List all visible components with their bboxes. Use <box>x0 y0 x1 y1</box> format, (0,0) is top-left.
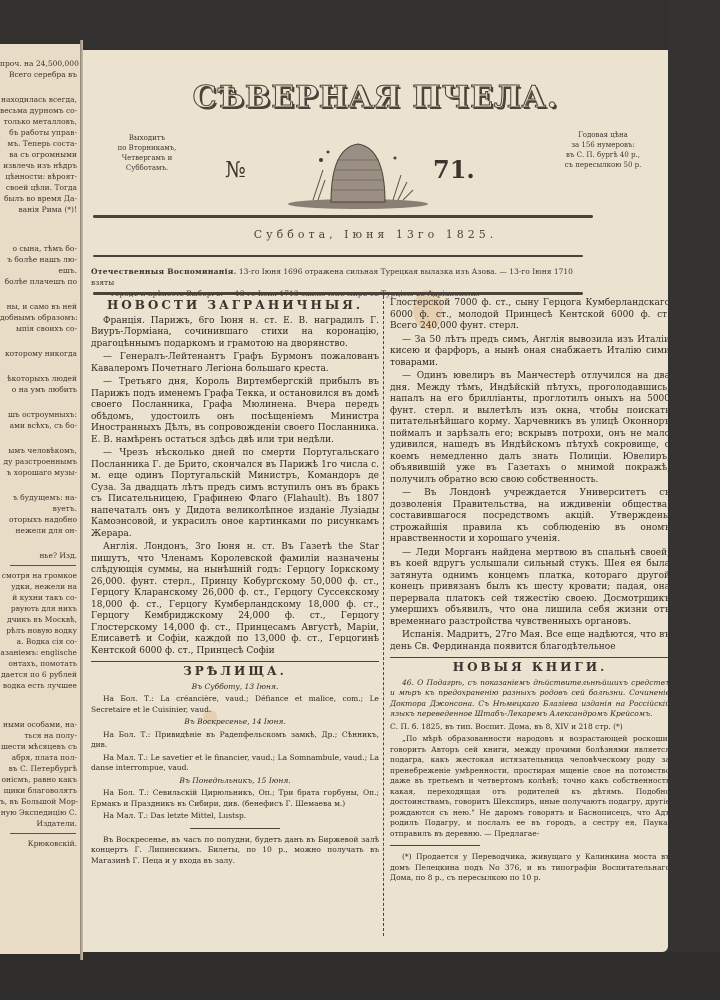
previous-page-line: абря, плата пол- <box>0 752 80 763</box>
previous-page-fragment: проч. на 24,500,000Всего серебра вънаход… <box>0 44 81 954</box>
scan-background-bottom <box>0 952 720 1000</box>
previous-page-line: ѣкоторыхъ людей <box>0 373 80 384</box>
previous-page-line: мъ. Теперь соста- <box>0 138 80 149</box>
notice-rule <box>190 828 280 829</box>
number-sign: № <box>225 158 246 183</box>
previous-page-line: шести мѣсяцевъ съ <box>0 741 80 752</box>
schedule-line: Субботамъ. <box>97 163 197 173</box>
schedule-line: Выходитъ <box>97 133 197 143</box>
previous-page-line: ыпія своихъ со- <box>0 323 80 334</box>
previous-page-line: ду разстроеннымъ <box>0 456 80 467</box>
masthead: СѢВЕРНАЯ ПЧЕЛА. <box>83 80 668 115</box>
new-books-heading: НОВЫЯ КНИГИ. <box>390 662 668 674</box>
previous-page-line: добнымъ образомъ: <box>0 312 80 323</box>
price-line: съ пересылкою 50 р. <box>543 160 663 170</box>
previous-page-rule <box>10 833 76 834</box>
news-paragraph: — Генералъ-Лейтенантъ Графъ Бурмонъ пожа… <box>91 352 379 375</box>
section-rule <box>93 292 583 295</box>
schedule-line: Четвергамъ и <box>97 153 197 163</box>
theatre-heading: ЗРѢЛИЩА. <box>91 666 379 678</box>
previous-page-line: проч. на 24,500,000 <box>0 58 80 69</box>
previous-page-line: рвують для нихъ <box>0 603 80 614</box>
previous-page-line <box>0 691 80 705</box>
previous-page-line: дчикъ въ Москвѣ, <box>0 614 80 625</box>
subscription-price: Годовая цѣна за 156 нумеровъ: въ С. П. б… <box>543 130 663 170</box>
previous-page-line: ешъ. <box>0 265 80 276</box>
previous-page-line: вуетъ. <box>0 503 80 514</box>
dateline-rule <box>93 255 583 257</box>
book-footnote: (*) Продается у Переводчика, живущаго у … <box>390 852 668 884</box>
book-imprint: С. П. б. 1825, въ тип. Воспит. Дома, въ … <box>390 722 668 733</box>
previous-page-line: въ С. Петербургѣ <box>0 763 80 774</box>
footnote-rule <box>390 845 480 846</box>
news-paragraph: Франція. Парижъ, 6го Іюня н. ст. Е. В. н… <box>91 316 379 351</box>
previous-page-line: онісмъ, равно какъ <box>0 774 80 785</box>
schedule-line: по Вторникамъ, <box>97 143 197 153</box>
dateline: Суббота, Іюня 13го 1825. <box>83 228 668 241</box>
price-line: за 156 нумеровъ: <box>543 140 663 150</box>
masthead-rule <box>93 215 593 218</box>
previous-page-line: нежели для он- <box>0 525 80 536</box>
previous-page-line: щики благоволятъ <box>0 785 80 796</box>
previous-page-line: а. Водка сія со- <box>0 636 80 647</box>
section-rule <box>91 661 379 662</box>
theatre-listings: Въ Субботу, 13 Іюня. На Бол. Т.: La créa… <box>91 682 379 867</box>
previous-page-line <box>0 215 80 229</box>
previous-page-line: болѣе плачешъ по <box>0 276 80 287</box>
right-column: Глостерской 7000 ф. ст., сыну Герцога Ку… <box>390 298 668 886</box>
previous-page-line <box>0 334 80 348</box>
theatre-entry: На Бол. Т.: Привидѣніе въ Радепфельскомъ… <box>91 730 379 751</box>
previous-page-line: рѣлъ новую водку <box>0 625 80 636</box>
previous-page-line: смотря на громкое <box>0 570 80 581</box>
previous-page-line <box>0 80 80 94</box>
previous-page-line <box>0 478 80 492</box>
previous-page-line: ва съ огромными <box>0 149 80 160</box>
theatre-entry: На Бол. Т.: La créancière, vaud.; Défian… <box>91 694 379 715</box>
previous-page-line: находилась всегда, <box>0 94 80 105</box>
publication-schedule: Выходитъ по Вторникамъ, Четвергамъ и Суб… <box>97 133 197 173</box>
previous-page-line: извлечь изъ нѣдръ <box>0 160 80 171</box>
previous-page-line: ъ болѣе нашъ лю- <box>0 254 80 265</box>
previous-page-line: ъ, въ Большой Мор- <box>0 796 80 807</box>
theatre-entry: На Бол. Т.: Севильскій Цирюльникъ, Оп.; … <box>91 788 379 809</box>
news-paragraph: — Третьяго дня, Король Виртембергскій пр… <box>91 377 379 446</box>
theatre-day: Въ Воскресенье, 14 Іюня. <box>91 717 379 728</box>
previous-page-line: ны, и само въ ней <box>0 301 80 312</box>
section-rule <box>390 657 668 658</box>
previous-page-line: ами всѣхъ, съ бо- <box>0 420 80 431</box>
concert-notice: Въ Воскресенье, въ часъ по полудни, буде… <box>91 835 379 867</box>
memories-label: Отечественныя Воспоминанія. <box>91 267 236 276</box>
previous-page-line <box>0 705 80 719</box>
left-column: НОВОСТИ ЗАГРАНИЧНЫЯ. Франція. Парижъ, 6г… <box>91 298 379 868</box>
previous-page-line: Издатели. <box>0 818 80 829</box>
previous-page-line: ымъ человѣкомъ, <box>0 445 80 456</box>
previous-page-line <box>0 536 80 550</box>
previous-page-line: ъ хорошаго музы- <box>0 467 80 478</box>
previous-page-line <box>0 287 80 301</box>
previous-page-line: о сына, тѣмъ бо- <box>0 243 80 254</box>
previous-page-line: й кухни такъ со- <box>0 592 80 603</box>
scan-background-right <box>668 0 720 1000</box>
previous-page-line: ванія Рима (*)! <box>0 204 80 215</box>
news-paragraph: Испанія. Мадритъ, 27го Мая. Все еще надѣ… <box>390 630 668 653</box>
previous-page-line: ными особами, на- <box>0 719 80 730</box>
news-paragraph: — Леди Морганъ найдена мертвою въ спальн… <box>390 548 668 629</box>
previous-page-rule <box>10 565 76 566</box>
previous-page-line: азаніемъ: englische <box>0 647 80 658</box>
theatre-entry: На Мал. Т.: Le savetier et le financier,… <box>91 753 379 774</box>
previous-page-line: ъ будущемъ: на- <box>0 492 80 503</box>
news-paragraph: — За 50 лѣтъ предъ симъ, Англія вывозила… <box>390 335 668 370</box>
previous-page-line: водка есть лучшее <box>0 680 80 691</box>
beehive-emblem-icon <box>283 130 433 210</box>
previous-page-line: шъ остроумныхъ: <box>0 409 80 420</box>
previous-page-line <box>0 395 80 409</box>
previous-page-line <box>0 229 80 243</box>
price-line: Годовая цѣна <box>543 130 663 140</box>
previous-page-line: ться на полу- <box>0 730 80 741</box>
book-title: 46. О Подагрѣ, съ показаніемъ дѣйствител… <box>390 678 668 720</box>
previous-page-line: ную Экспедицію С. <box>0 807 80 818</box>
previous-page-line: Всего серебра въ <box>0 69 80 80</box>
theatre-entry: На Мал. Т.: Das letzte Mittel, Lustsp. <box>91 811 379 822</box>
previous-page-line: дается по 6 рублей <box>0 669 80 680</box>
previous-page-line: удки, нежели на <box>0 581 80 592</box>
book-review: „По мѣрѣ образованности народовъ и возра… <box>390 734 668 839</box>
news-paragraph: — Одинъ ювелиръ въ Манчестерѣ отлучился … <box>390 371 668 486</box>
scan-background-top <box>0 0 720 50</box>
previous-page-line: только металловъ, <box>0 116 80 127</box>
theatre-day: Въ Понедѣльникъ, 15 Іюня. <box>91 776 379 787</box>
previous-page-line <box>0 359 80 373</box>
news-paragraph: Глостерской 7000 ф. ст., сыну Герцога Ку… <box>390 298 668 333</box>
previous-page-line: оторыхъ надобно <box>0 514 80 525</box>
news-paragraph: Англія. Лондонъ, 3го Іюня н. ст. Въ Газе… <box>91 542 379 657</box>
previous-page-line: своей цѣли. Тогда <box>0 182 80 193</box>
book-listing: 46. О Подагрѣ, съ показаніемъ дѣйствител… <box>390 678 668 884</box>
newspaper-title: СѢВЕРНАЯ ПЧЕЛА. <box>83 80 668 115</box>
previous-page-line: онтахъ, помотать <box>0 658 80 669</box>
previous-page-line: о на умъ любить <box>0 384 80 395</box>
issue-number: 71. <box>433 155 475 184</box>
previous-page-line <box>0 431 80 445</box>
previous-page-line: нье? Изд. <box>0 550 80 561</box>
previous-page-line: былъ во время Да- <box>0 193 80 204</box>
column-divider <box>383 296 385 936</box>
news-paragraph: — Чрезъ нѣсколько дней по смерти Португа… <box>91 448 379 540</box>
previous-page-line: Крюковскій. <box>0 838 80 849</box>
previous-page-line: которому никогда <box>0 348 80 359</box>
previous-page-text: проч. на 24,500,000Всего серебра вънаход… <box>0 44 80 849</box>
price-line: въ С. П. бургѣ 40 р., <box>543 150 663 160</box>
previous-page-line: цѣнности: вѣроят- <box>0 171 80 182</box>
newspaper-page: СѢВЕРНАЯ ПЧЕЛА. Выходитъ по Вторникамъ, … <box>83 50 668 952</box>
previous-page-line: весьма дурномъ со- <box>0 105 80 116</box>
previous-page-line: бъ работы управ- <box>0 127 80 138</box>
theatre-day: Въ Субботу, 13 Іюня. <box>91 682 379 693</box>
news-paragraph: — Въ Лондонѣ учреждается Университетъ съ… <box>390 488 668 546</box>
foreign-news-heading: НОВОСТИ ЗАГРАНИЧНЫЯ. <box>91 300 379 312</box>
